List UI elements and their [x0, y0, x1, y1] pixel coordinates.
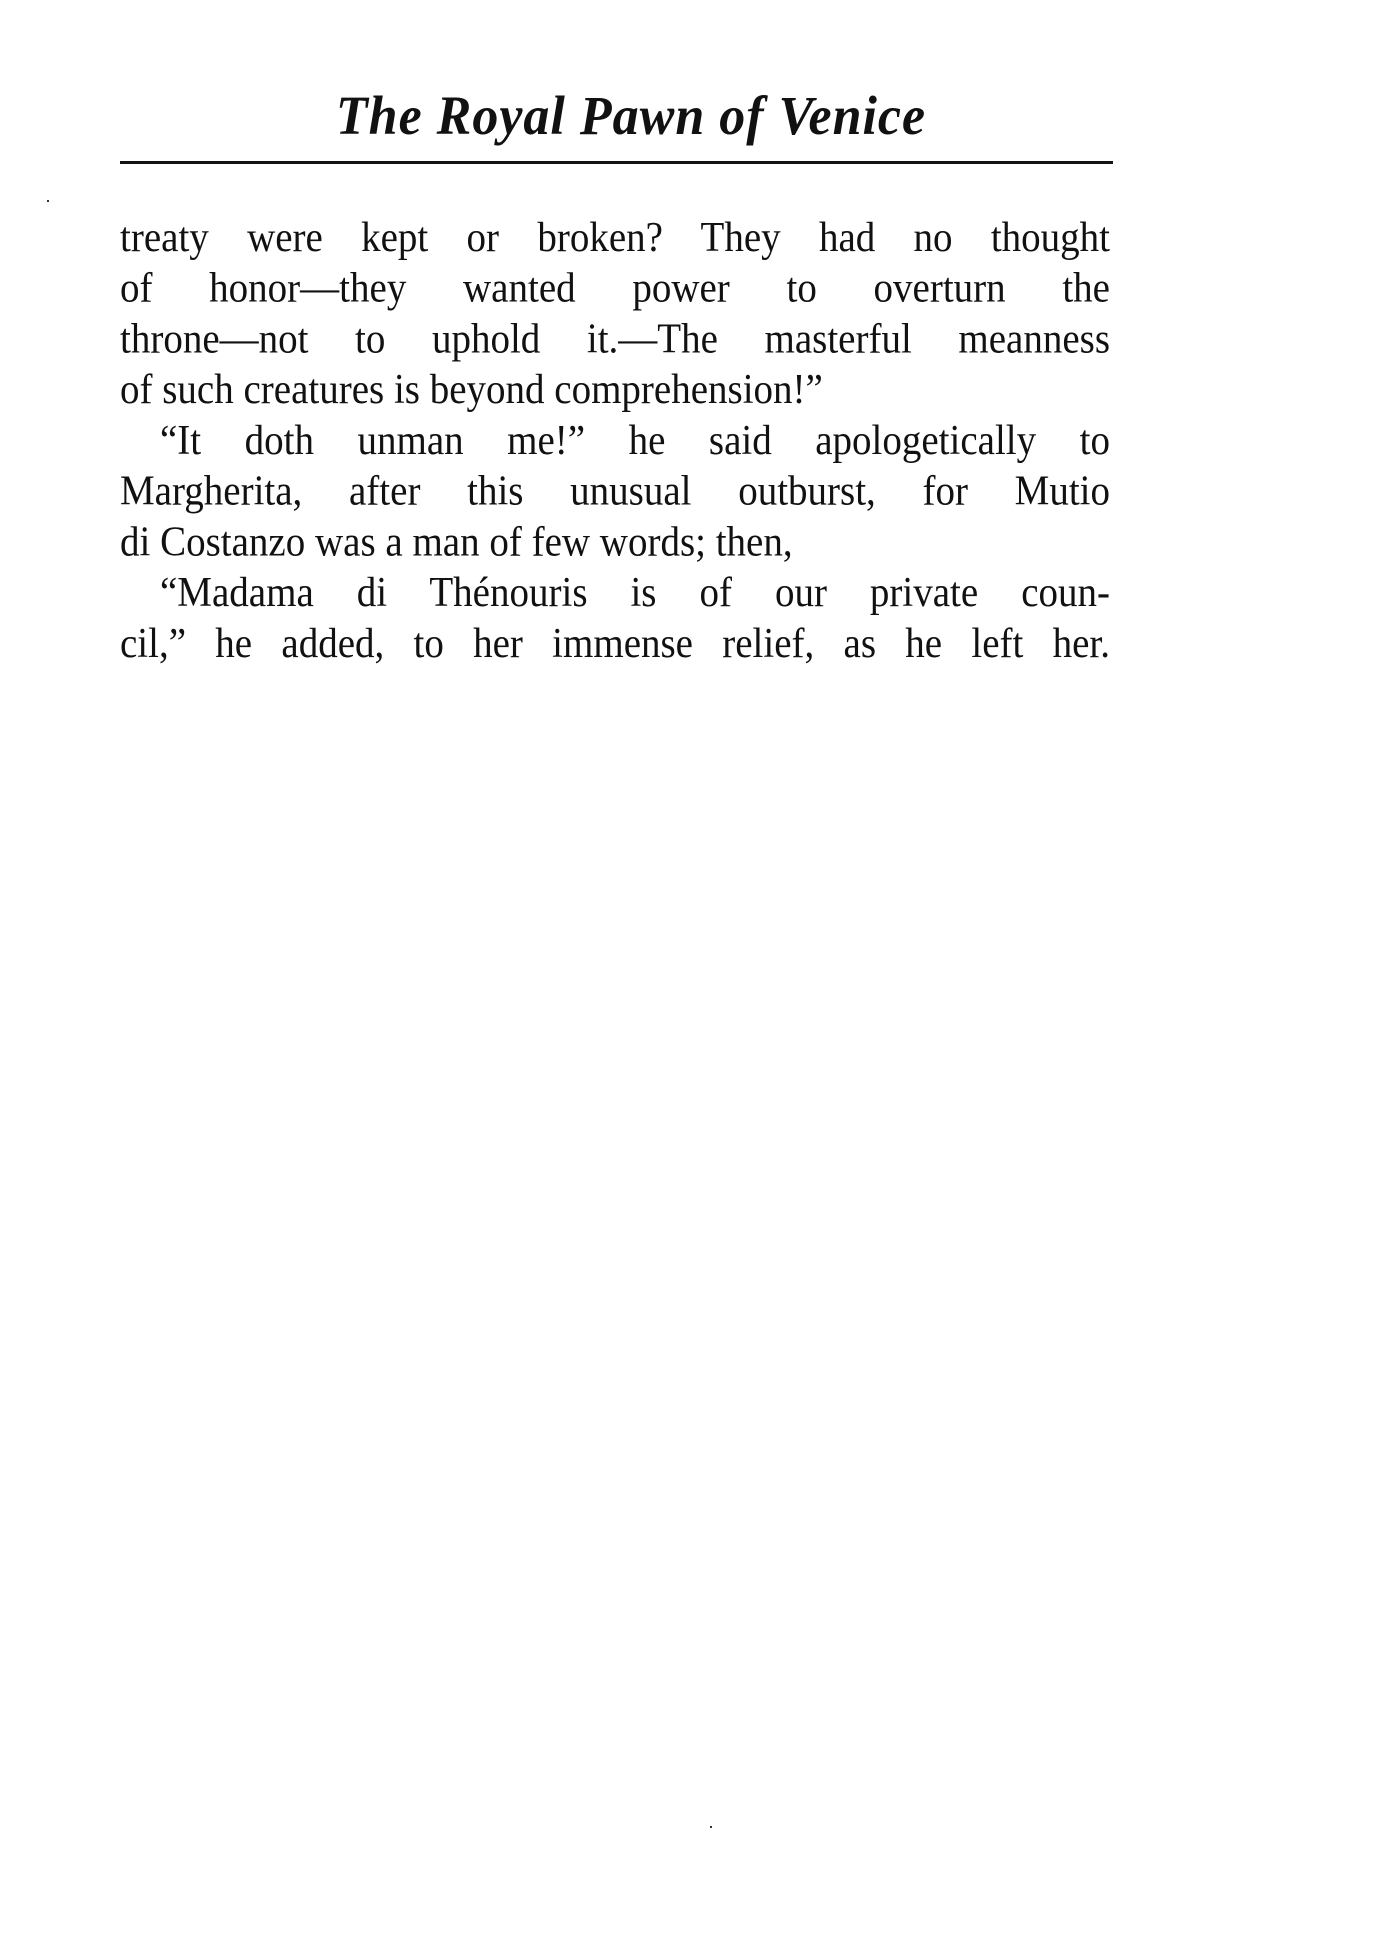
text-line: di Costanzo was a man of few words; then… [120, 517, 1110, 568]
header-rule [120, 161, 1113, 164]
running-head-title: The Royal Pawn of Venice [336, 80, 926, 154]
text-line: “It doth unman me!” he said apologetical… [120, 415, 1110, 466]
text-line: Margherita, after this unusual outburst,… [120, 466, 1110, 517]
scan-speck [47, 200, 49, 202]
text-line: throne—not to uphold it.—The masterful m… [120, 314, 1110, 365]
paragraph: “It doth unman me!” he said apologetical… [120, 415, 1110, 567]
paragraph: “Madama di Thénouris is of our private c… [120, 567, 1110, 669]
text-line: “Madama di Thénouris is of our private c… [120, 567, 1110, 618]
book-page: The Royal Pawn of Venice treaty were kep… [0, 0, 1400, 1954]
text-line: treaty were kept or broken? They had no … [120, 212, 1110, 263]
running-head: The Royal Pawn of Venice [120, 82, 1112, 152]
text-line: of honor—they wanted power to overturn t… [120, 263, 1110, 314]
scan-speck [710, 1826, 712, 1828]
body-text: treaty were kept or broken? They had no … [120, 212, 1110, 669]
paragraph: treaty were kept or broken? They had no … [120, 212, 1110, 415]
text-line: of such creatures is beyond comprehensio… [120, 364, 1110, 415]
text-line: cil,” he added, to her immense relief, a… [120, 618, 1110, 669]
